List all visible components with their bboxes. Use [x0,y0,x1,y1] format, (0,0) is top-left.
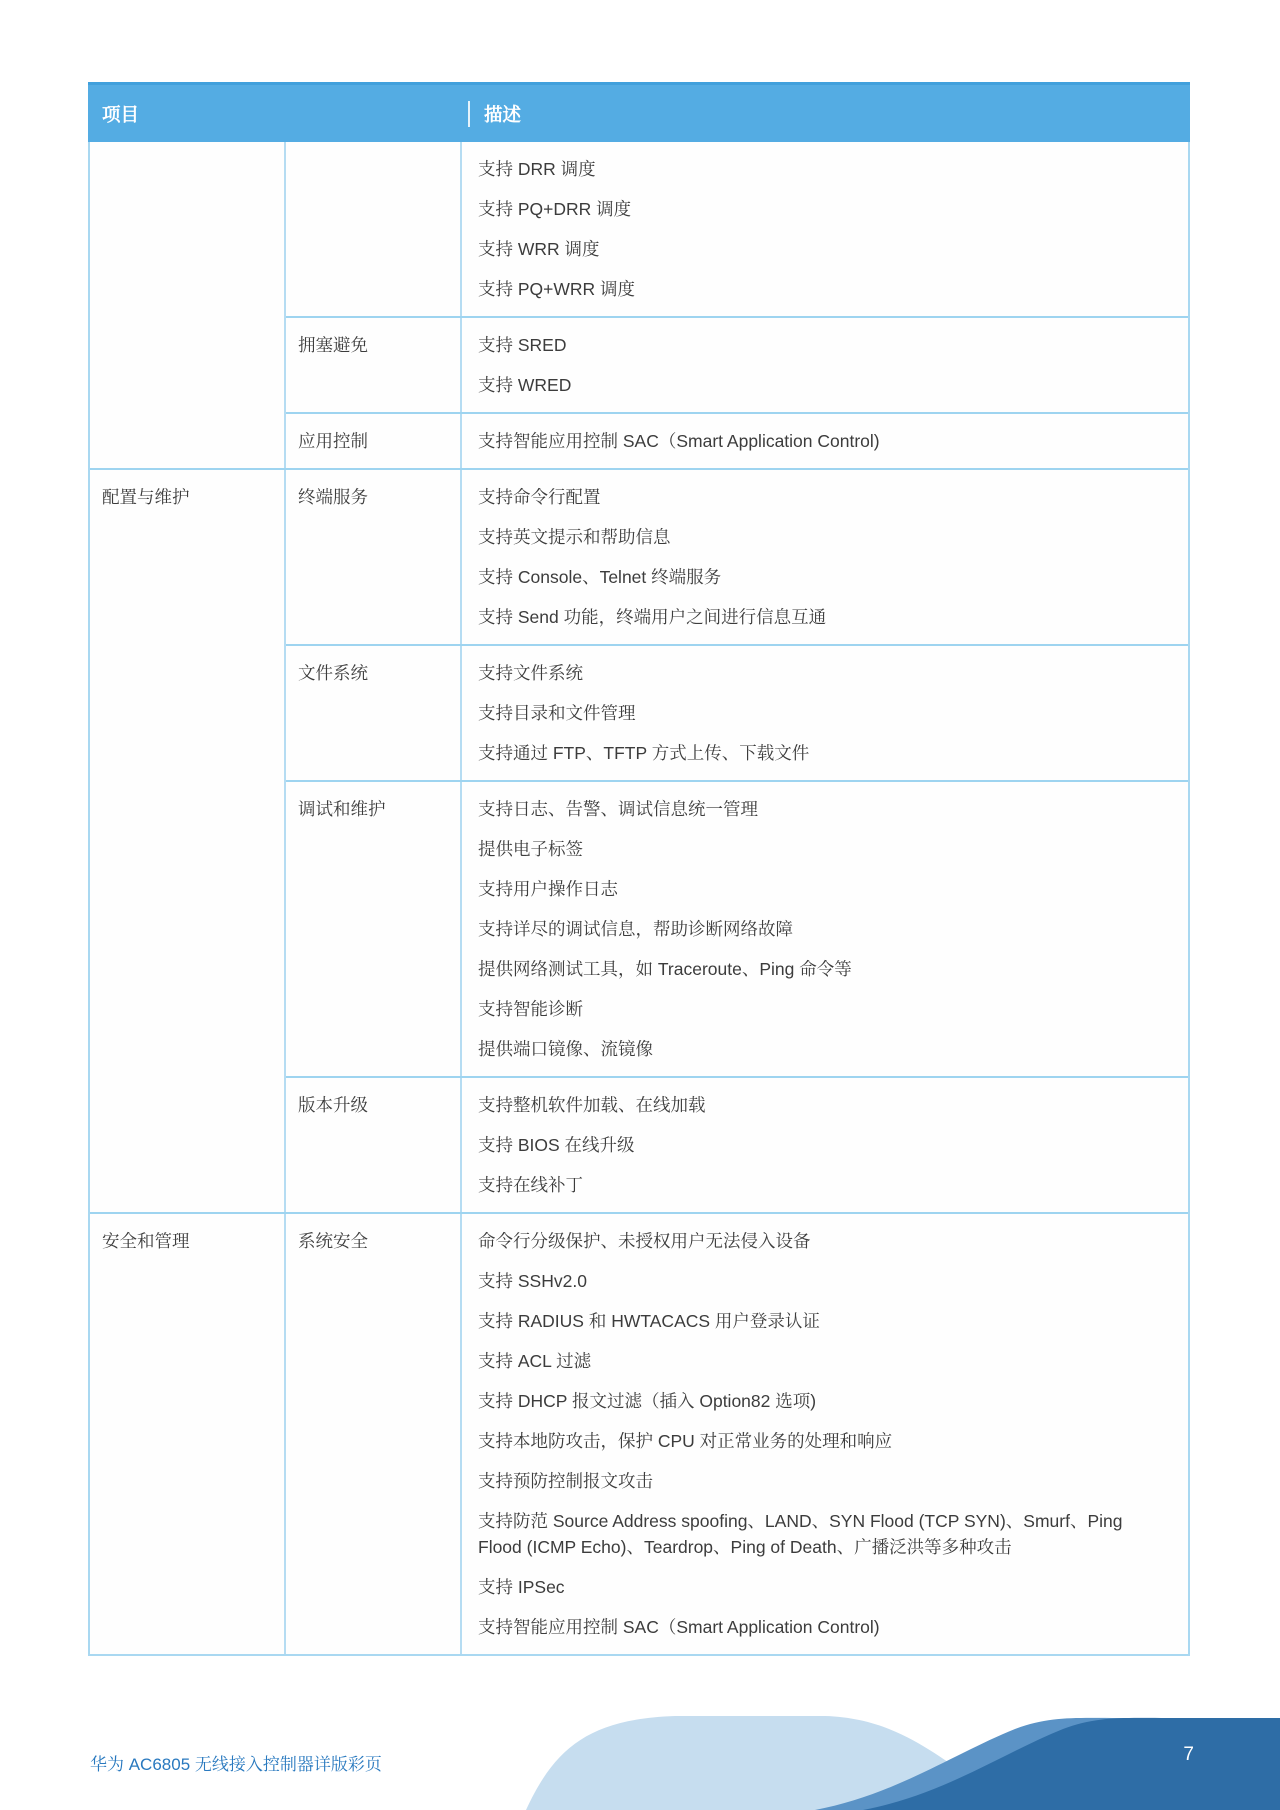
header-cell-item: 项目 [88,101,468,127]
row-label-cell: 应用控制 [286,414,462,468]
spec-item: 支持 Console、Telnet 终端服务 [478,557,1170,597]
row-items-cell: 命令行分级保护、未授权用户无法侵入设备支持 SSHv2.0支持 RADIUS 和… [462,1214,1188,1654]
table-row: 拥塞避免支持 SRED支持 WRED [286,316,1188,412]
spec-item: 支持详尽的调试信息，帮助诊断网络故障 [478,909,1170,949]
row-items-cell: 支持 DRR 调度支持 PQ+DRR 调度支持 WRR 调度支持 PQ+WRR … [462,142,1188,316]
row-label-cell: 调试和维护 [286,782,462,1076]
category-cell [90,142,286,468]
spec-item: 支持 WRR 调度 [478,229,1170,269]
row-items-cell: 支持文件系统支持目录和文件管理支持通过 FTP、TFTP 方式上传、下载文件 [462,646,1188,780]
row-label-cell: 版本升级 [286,1078,462,1212]
spec-item: 支持 PQ+WRR 调度 [478,269,1170,309]
spec-item: 支持 PQ+DRR 调度 [478,189,1170,229]
spec-item: 支持 BIOS 在线升级 [478,1125,1170,1165]
page-number: 7 [1183,1744,1194,1766]
table-row: 版本升级支持整机软件加载、在线加载支持 BIOS 在线升级支持在线补丁 [286,1076,1188,1212]
spec-item: 支持在线补丁 [478,1165,1170,1205]
category-cell: 安全和管理 [90,1214,286,1654]
row-label-cell: 终端服务 [286,470,462,644]
spec-item: 支持智能应用控制 SAC（Smart Application Control) [478,421,1170,461]
row-items-cell: 支持日志、告警、调试信息统一管理提供电子标签支持用户操作日志支持详尽的调试信息，… [462,782,1188,1076]
header-cell-description: 描述 [468,101,1190,127]
row-label-cell: 拥塞避免 [286,318,462,412]
spec-item: 支持防范 Source Address spoofing、LAND、SYN Fl… [478,1501,1170,1567]
group-rows: 支持 DRR 调度支持 PQ+DRR 调度支持 WRR 调度支持 PQ+WRR … [286,142,1188,468]
spec-item: 支持 WRED [478,365,1170,405]
spec-item: 支持命令行配置 [478,477,1170,517]
table-group: 安全和管理系统安全命令行分级保护、未授权用户无法侵入设备支持 SSHv2.0支持… [90,1212,1188,1654]
spec-item: 命令行分级保护、未授权用户无法侵入设备 [478,1221,1170,1261]
spec-item: 支持 Send 功能，终端用户之间进行信息互通 [478,597,1170,637]
row-label-cell: 系统安全 [286,1214,462,1654]
spec-item: 支持 SRED [478,325,1170,365]
table-row: 调试和维护支持日志、告警、调试信息统一管理提供电子标签支持用户操作日志支持详尽的… [286,780,1188,1076]
row-label-cell [286,142,462,316]
spec-item: 支持 SSHv2.0 [478,1261,1170,1301]
table-row: 终端服务支持命令行配置支持英文提示和帮助信息支持 Console、Telnet … [286,470,1188,644]
document-page: 项目 描述 支持 DRR 调度支持 PQ+DRR 调度支持 WRR 调度支持 P… [0,0,1280,1810]
spec-item: 支持 RADIUS 和 HWTACACS 用户登录认证 [478,1301,1170,1341]
spec-item: 支持智能诊断 [478,989,1170,1029]
spec-item: 支持本地防攻击，保护 CPU 对正常业务的处理和响应 [478,1421,1170,1461]
spec-item: 提供端口镜像、流镜像 [478,1029,1170,1069]
table-row: 支持 DRR 调度支持 PQ+DRR 调度支持 WRR 调度支持 PQ+WRR … [286,142,1188,316]
spec-item: 支持 DHCP 报文过滤（插入 Option82 选项) [478,1381,1170,1421]
spec-item: 支持目录和文件管理 [478,693,1170,733]
spec-item: 提供网络测试工具，如 Traceroute、Ping 命令等 [478,949,1170,989]
category-cell: 配置与维护 [90,470,286,1212]
table-row: 应用控制支持智能应用控制 SAC（Smart Application Contr… [286,412,1188,468]
spec-item: 支持智能应用控制 SAC（Smart Application Control) [478,1607,1170,1647]
spec-table-body: 支持 DRR 调度支持 PQ+DRR 调度支持 WRR 调度支持 PQ+WRR … [88,142,1190,1656]
spec-item: 支持英文提示和帮助信息 [478,517,1170,557]
spec-item: 提供电子标签 [478,829,1170,869]
row-items-cell: 支持智能应用控制 SAC（Smart Application Control) [462,414,1188,468]
group-rows: 系统安全命令行分级保护、未授权用户无法侵入设备支持 SSHv2.0支持 RADI… [286,1214,1188,1654]
spec-item: 支持 ACL 过滤 [478,1341,1170,1381]
table-row: 文件系统支持文件系统支持目录和文件管理支持通过 FTP、TFTP 方式上传、下载… [286,644,1188,780]
spec-table: 项目 描述 支持 DRR 调度支持 PQ+DRR 调度支持 WRR 调度支持 P… [88,82,1190,1656]
spec-item: 支持通过 FTP、TFTP 方式上传、下载文件 [478,733,1170,773]
footer-text: 华为 AC6805 无线接入控制器详版彩页 [90,1750,382,1775]
spec-item: 支持 IPSec [478,1567,1170,1607]
spec-item: 支持用户操作日志 [478,869,1170,909]
spec-table-header: 项目 描述 [88,82,1190,142]
table-group: 支持 DRR 调度支持 PQ+DRR 调度支持 WRR 调度支持 PQ+WRR … [90,142,1188,468]
footer-wave-decoration [505,1685,1280,1810]
row-label-cell: 文件系统 [286,646,462,780]
table-group: 配置与维护终端服务支持命令行配置支持英文提示和帮助信息支持 Console、Te… [90,468,1188,1212]
row-items-cell: 支持命令行配置支持英文提示和帮助信息支持 Console、Telnet 终端服务… [462,470,1188,644]
spec-item: 支持整机软件加载、在线加载 [478,1085,1170,1125]
row-items-cell: 支持 SRED支持 WRED [462,318,1188,412]
spec-item: 支持预防控制报文攻击 [478,1461,1170,1501]
table-row: 系统安全命令行分级保护、未授权用户无法侵入设备支持 SSHv2.0支持 RADI… [286,1214,1188,1654]
spec-item: 支持 DRR 调度 [478,149,1170,189]
row-items-cell: 支持整机软件加载、在线加载支持 BIOS 在线升级支持在线补丁 [462,1078,1188,1212]
group-rows: 终端服务支持命令行配置支持英文提示和帮助信息支持 Console、Telnet … [286,470,1188,1212]
spec-item: 支持日志、告警、调试信息统一管理 [478,789,1170,829]
spec-item: 支持文件系统 [478,653,1170,693]
